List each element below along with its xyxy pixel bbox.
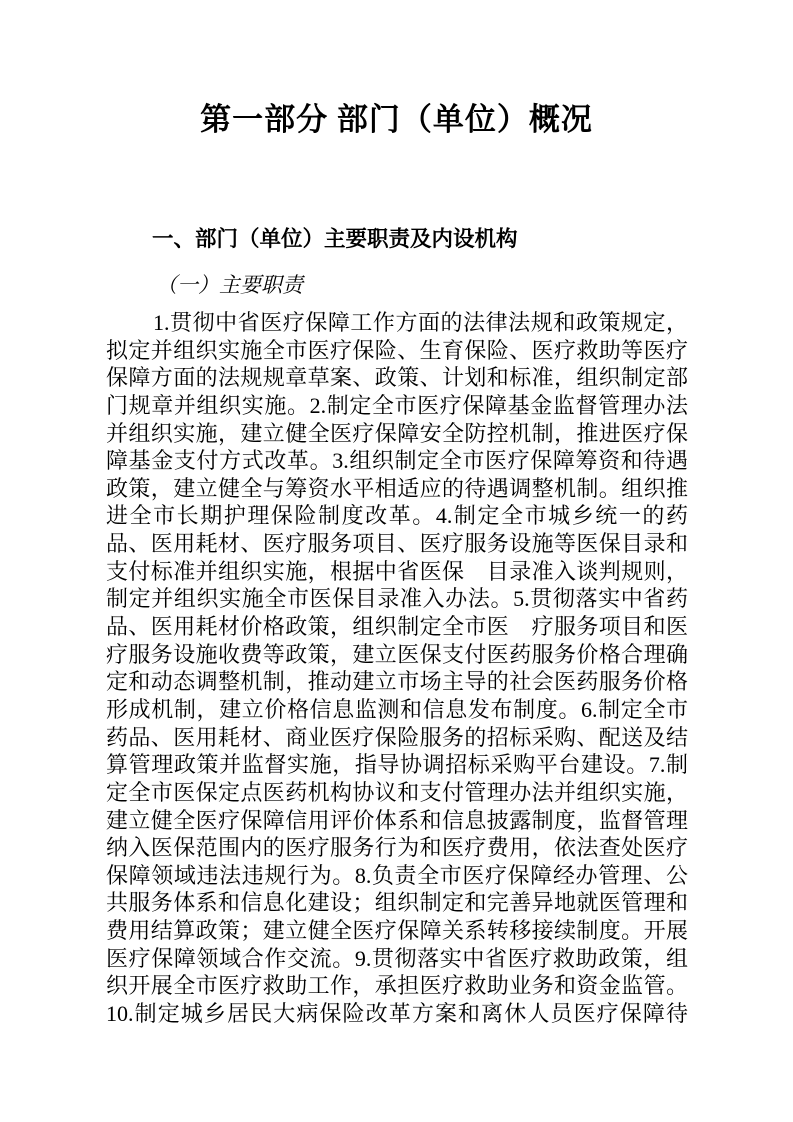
- body-text-line: 纳入医保范围内的医疗服务行为和医疗费用，依法查处医疗: [106, 834, 688, 862]
- body-text-line: 保障方面的法规规章草案、政策、计划和标准，组织制定部: [106, 364, 688, 392]
- body-text-line: 共服务体系和信息化建设；组织制定和完善异地就医管理和: [106, 889, 688, 917]
- subsection-heading: （一）主要职责: [106, 271, 688, 299]
- body-text-line: 建立健全医疗保障信用评价体系和信息披露制度，监督管理: [106, 807, 688, 835]
- body-text-line: 1.贯彻中省医疗保障工作方面的法律法规和政策规定，: [106, 309, 688, 337]
- body-text-line: 拟定并组织实施全市医疗保险、生育保险、医疗救助等医疗: [106, 337, 688, 365]
- body-text-line: 并组织实施，建立健全医疗保障安全防控机制，推进医疗保: [106, 420, 688, 448]
- document-page: 第一部分 部门（单位）概况 一、部门（单位）主要职责及内设机构 （一）主要职责 …: [0, 0, 793, 1122]
- body-text-line: 疗服务设施收费等政策，建立医保支付医药服务价格合理确: [106, 641, 688, 669]
- document-title: 第一部分 部门（单位）概况: [0, 100, 793, 140]
- body-text-line: 支付标准并组织实施，根据中省医保 目录准入谈判规则，: [106, 558, 688, 586]
- body-text-line: 门规章并组织实施。2.制定全市医疗保障基金监督管理办法: [106, 392, 688, 420]
- body-text-line: 制定并组织实施全市医保目录准入办法。5.贯彻落实中省药: [106, 585, 688, 613]
- body-text-line: 品、医用耗材价格政策，组织制定全市医 疗服务项目和医: [106, 613, 688, 641]
- body-text-line: 算管理政策并监督实施，指导协调招标采购平台建设。7.制: [106, 751, 688, 779]
- body-text-line: 保障领域违法违规行为。8.负责全市医疗保障经办管理、公: [106, 862, 688, 890]
- body-text-line: 药品、医用耗材、商业医疗保险服务的招标采购、配送及结: [106, 724, 688, 752]
- body-text-line: 定全市医保定点医药机构协议和支付管理办法并组织实施，: [106, 779, 688, 807]
- body-text-line: 形成机制，建立价格信息监测和信息发布制度。6.制定全市: [106, 696, 688, 724]
- body-text-line: 品、医用耗材、医疗服务项目、医疗服务设施等医保目录和: [106, 530, 688, 558]
- body-text-line: 织开展全市医疗救助工作，承担医疗救助业务和资金监管。: [106, 972, 688, 1000]
- body-text-line: 障基金支付方式改革。3.组织制定全市医疗保障筹资和待遇: [106, 447, 688, 475]
- section-heading: 一、部门（单位）主要职责及内设机构: [106, 225, 688, 253]
- body-text-line: 10.制定城乡居民大病保险改革方案和离休人员医疗保障待: [106, 1000, 688, 1028]
- body-text-line: 费用结算政策；建立健全医疗保障关系转移接续制度。开展: [106, 917, 688, 945]
- body-paragraph: 1.贯彻中省医疗保障工作方面的法律法规和政策规定，拟定并组织实施全市医疗保险、生…: [106, 309, 688, 1028]
- body-text-line: 定和动态调整机制，推动建立市场主导的社会医药服务价格: [106, 668, 688, 696]
- body-text-line: 政策，建立健全与筹资水平相适应的待遇调整机制。组织推: [106, 475, 688, 503]
- body-text-line: 进全市长期护理保险制度改革。4.制定全市城乡统一的药: [106, 502, 688, 530]
- body-text-line: 医疗保障领域合作交流。9.贯彻落实中省医疗救助政策，组: [106, 945, 688, 973]
